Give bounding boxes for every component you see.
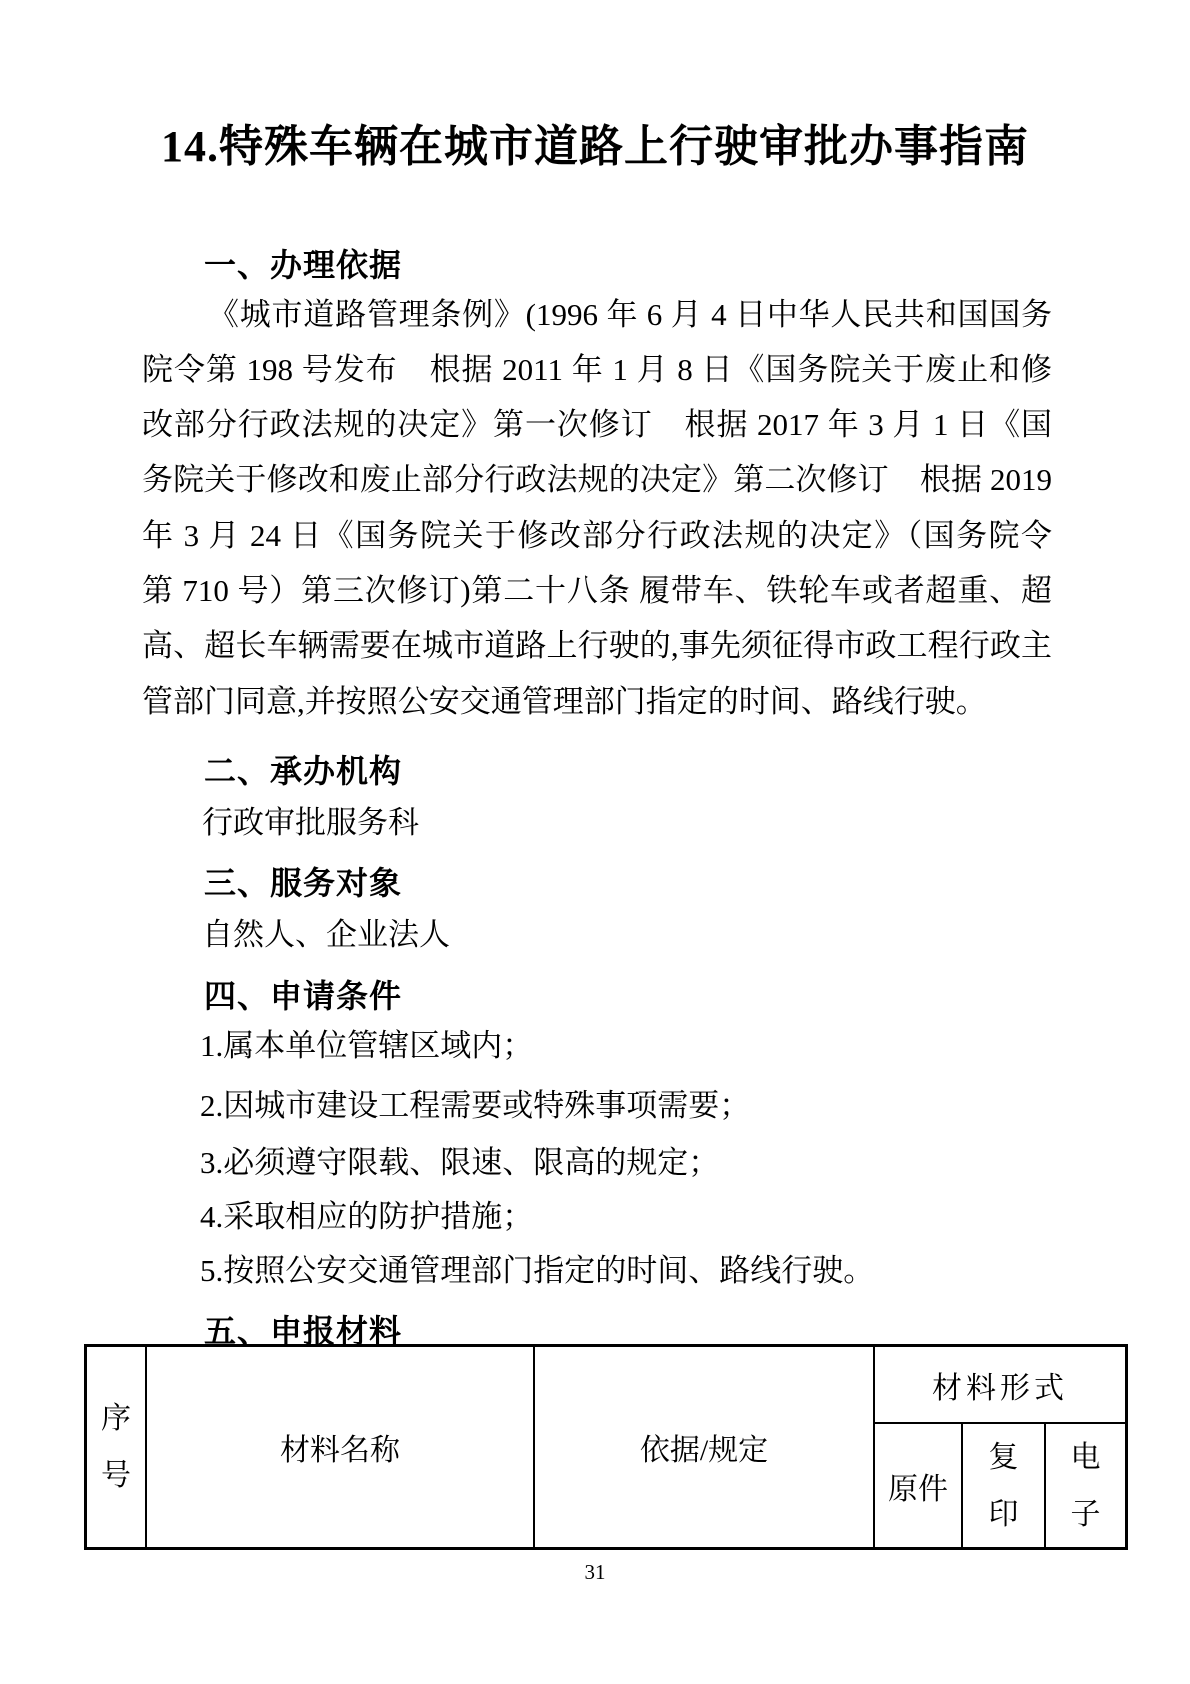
table-header-material-form: 材料形式: [875, 1347, 1125, 1424]
table-header-original: 原件: [875, 1424, 963, 1547]
materials-table: 序号 材料名称 依据/规定 材料形式 原件 复印 电子: [84, 1344, 1128, 1550]
condition-item: 1.属本单位管辖区域内；: [200, 1026, 533, 1066]
legal-basis-line: 《城市道路管理条例》(1996 年 6 月 4 日中华人民共和国国务: [142, 295, 1052, 335]
legal-basis-line: 院令第 198 号发布 根据 2011 年 1 月 8 日《国务院关于废止和修: [142, 350, 1052, 390]
audience-text: 自然人、企业法人: [202, 915, 450, 955]
legal-basis-line: 高、超长车辆需要在城市道路上行驶的,事先须征得市政工程行政主: [142, 626, 1052, 666]
legal-basis-line: 年 3 月 24 日《国务院关于修改部分行政法规的决定》（国务院令: [142, 516, 1052, 556]
table-header-basis: 依据/规定: [535, 1347, 875, 1547]
legal-basis-line: 务院关于修改和废止部分行政法规的决定》第二次修订 根据 2019: [142, 460, 1052, 500]
page-number: 31: [0, 1560, 1190, 1585]
legal-basis-line: 改部分行政法规的决定》第一次修订 根据 2017 年 3 月 1 日《国: [142, 405, 1052, 445]
legal-basis-line: 第 710 号）第三次修订)第二十八条 履带车、铁轮车或者超重、超: [142, 571, 1052, 611]
section-heading-audience: 三、服务对象: [204, 858, 402, 904]
agency-name: 行政审批服务科: [202, 803, 419, 843]
table-header-seq: 序号: [99, 1390, 134, 1504]
condition-item: 5.按照公安交通管理部门指定的时间、路线行驶。: [200, 1251, 874, 1291]
document-page: 14.特殊车辆在城市道路上行驶审批办事指南 一、办理依据 《城市道路管理条例》(…: [0, 0, 1190, 1684]
section-heading-agency: 二、承办机构: [204, 746, 402, 792]
table-header-electronic: 电子: [1068, 1429, 1103, 1543]
legal-basis-line: 管部门同意,并按照公安交通管理部门指定的时间、路线行驶。: [142, 682, 1052, 722]
condition-item: 2.因城市建设工程需要或特殊事项需要；: [200, 1086, 750, 1126]
table-header-seq-cell: 序号: [87, 1347, 147, 1547]
condition-item: 3.必须遵守限载、限速、限高的规定；: [200, 1143, 719, 1183]
condition-item: 4.采取相应的防护措施；: [200, 1197, 533, 1237]
table-header-copy-cell: 复印: [963, 1424, 1046, 1547]
table-header-material-name: 材料名称: [147, 1347, 535, 1547]
document-title: 14.特殊车辆在城市道路上行驶审批办事指南: [0, 110, 1190, 174]
section-heading-conditions: 四、申请条件: [204, 971, 402, 1017]
table-header-copy: 复印: [986, 1429, 1021, 1543]
section-heading-legal-basis: 一、办理依据: [204, 240, 402, 286]
table-header-electronic-cell: 电子: [1046, 1424, 1125, 1547]
